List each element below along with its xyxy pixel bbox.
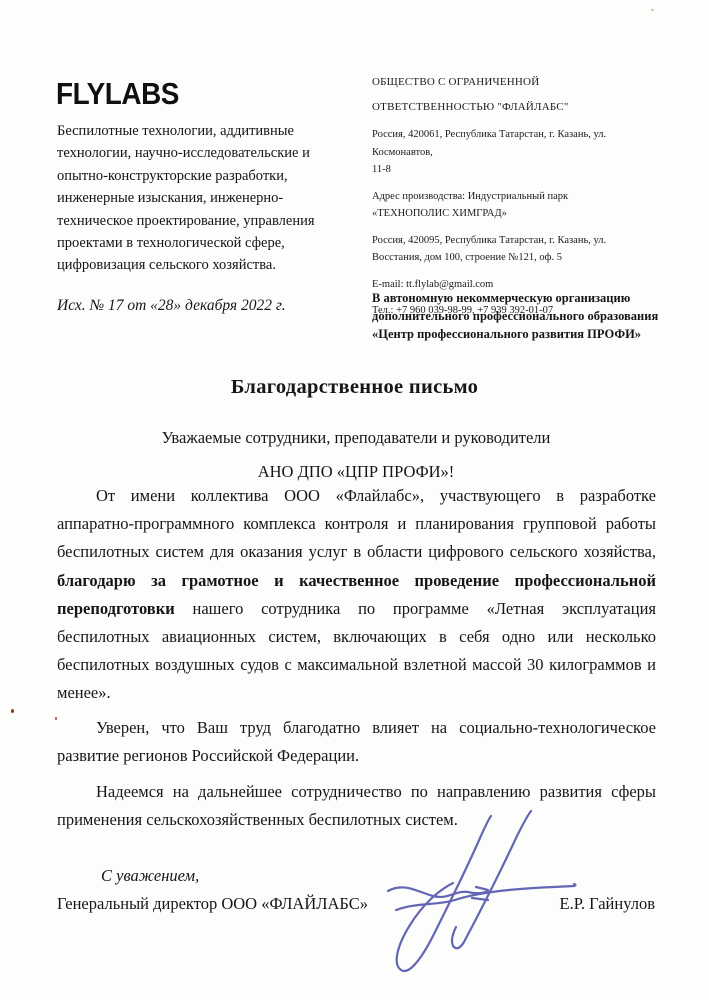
company-logo: FLYLABS [56,76,179,112]
paragraph-3: Надеемся на дальнейшее сотрудничество по… [57,778,656,834]
scanned-letter-page: FLYLABS Беспилотные технологии, аддитивн… [0,0,709,1000]
salutation: Уважаемые сотрудники, преподаватели и ру… [57,421,655,488]
activities-line: Беспилотные технологии, аддитивные [57,120,315,142]
signer-position: Генеральный директор ООО «ФЛАЙЛАБС» [57,894,368,914]
signature-row: Генеральный директор ООО «ФЛАЙЛАБС» Е.Р.… [57,894,655,914]
paragraph-2: Уверен, что Ваш труд благодатно влияет н… [57,714,656,770]
addressee-line: В автономную некоммерческую организацию [372,290,672,308]
activities-line: опытно-конструкторские разработки, [57,165,315,187]
activities-line: техническое проектирование, управления [57,210,315,232]
closing-salute: С уважением, [101,866,655,886]
addressee-block: В автономную некоммерческую организацию … [372,290,672,343]
addressee-line: «Центр профессионального развития ПРОФИ» [372,326,672,344]
company-name-line: ОБЩЕСТВО С ОГРАНИЧЕННОЙ [372,76,668,89]
paragraph-1-text: От имени коллектива ООО «Флайлабс», учас… [57,486,656,561]
closing-block: С уважением, Генеральный директор ООО «Ф… [57,866,655,914]
activities-line: технологии, научно-исследовательские и [57,142,315,164]
activities-line: цифровизация сельского хозяйства. [57,254,315,276]
company-name-line: ОТВЕТСТВЕННОСТЬЮ "ФЛАЙЛАБС" [372,101,668,114]
office-address: Россия, 420095, Республика Татарстан, г.… [372,232,668,267]
scan-artifact-dot [55,717,57,720]
salutation-line: Уважаемые сотрудники, преподаватели и ру… [57,421,655,455]
legal-address: Россия, 420061, Республика Татарстан, г.… [372,126,668,179]
addressee-line: дополнительного профессионального образо… [372,308,672,326]
scan-artifact-dot [305,390,308,392]
activities-line: проектами в технологической сфере, [57,232,315,254]
production-address: Адрес производства: Индустриальный парк … [372,188,668,223]
signer-name: Е.Р. Гайнулов [560,894,655,914]
scan-artifact-dot [11,709,14,713]
letter-body: От имени коллектива ООО «Флайлабс», учас… [57,482,656,840]
outgoing-reference-line: Исх. № 17 от «28» декабря 2022 г. [57,297,286,315]
company-activities: Беспилотные технологии, аддитивные техно… [57,120,315,277]
activities-line: инженерные изыскания, инженерно- [57,187,315,209]
paragraph-1: От имени коллектива ООО «Флайлабс», учас… [57,482,656,708]
letter-title: Благодарственное письмо [0,376,709,399]
scan-artifact-dot [651,9,654,11]
